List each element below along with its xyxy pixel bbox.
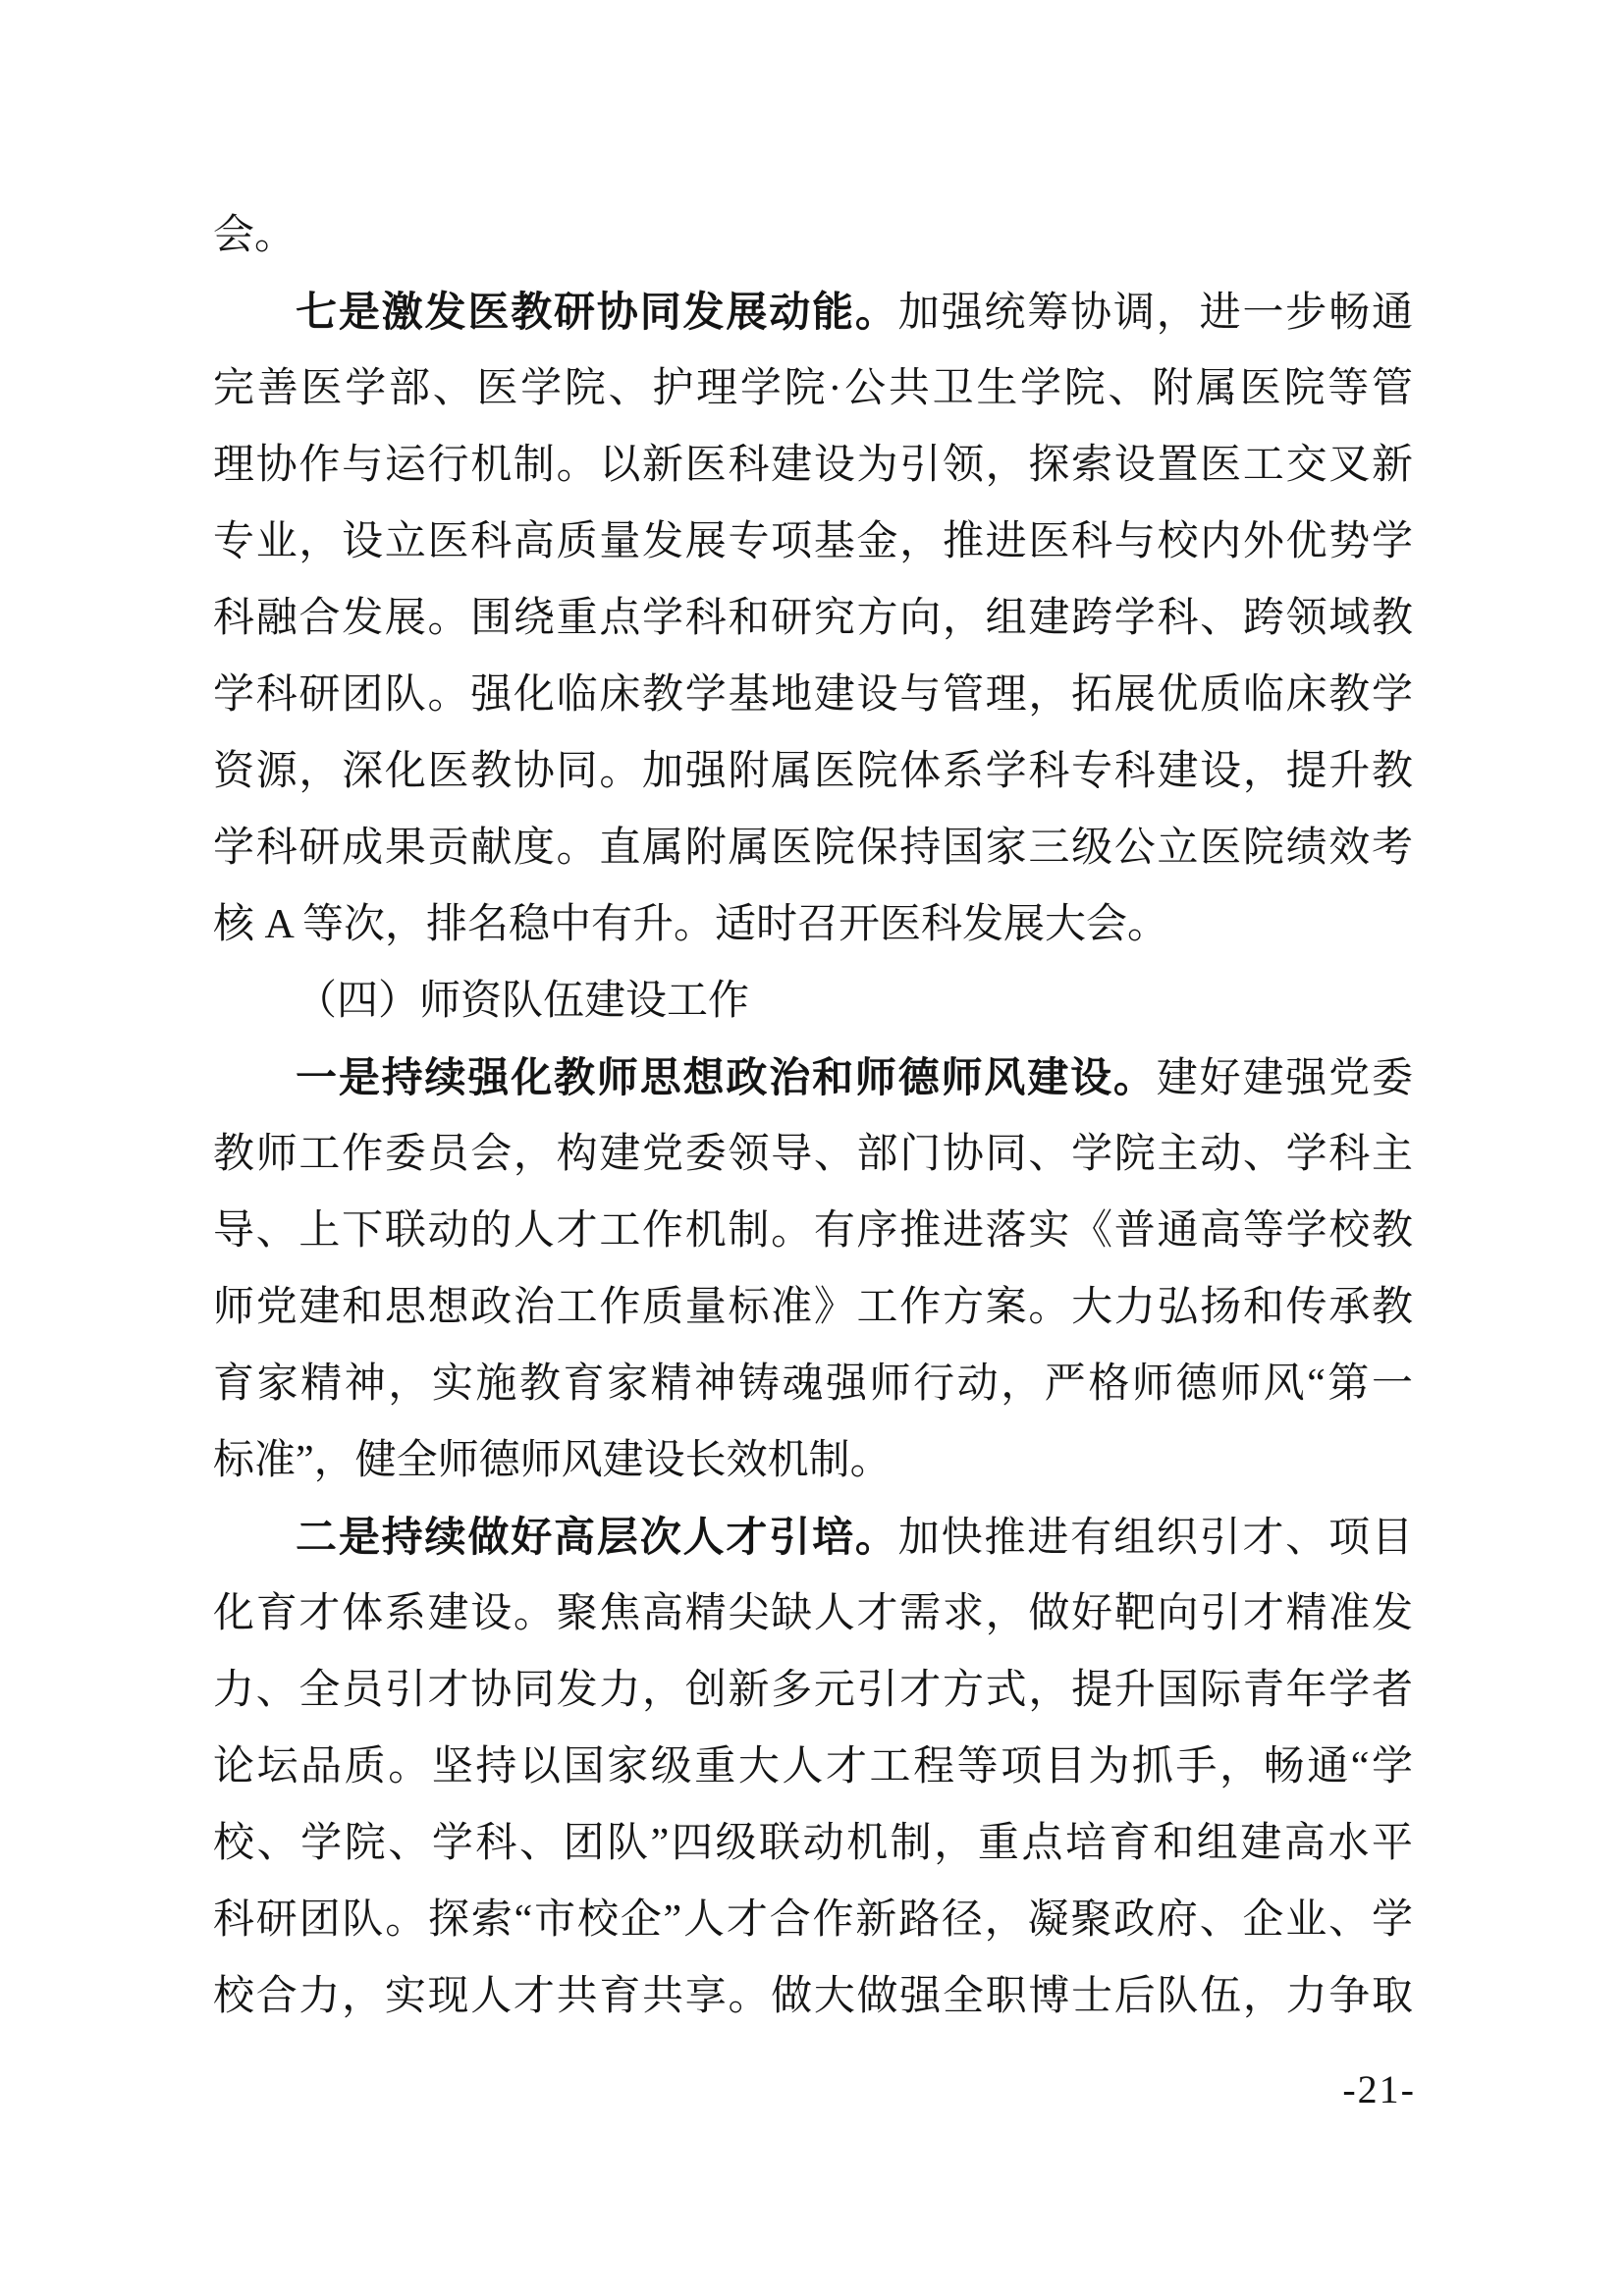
- text-run: 师党建和思想政治工作质量标准》工作方案。大力弘扬和传承教: [213, 1285, 1413, 1330]
- text-line: 力、全员引才协同发力，创新多元引才方式，提升国际青年学者: [213, 1652, 1413, 1729]
- text-line: 标准”，健全师德师风建设长效机制。: [213, 1422, 1413, 1499]
- text-run: 完善医学部、医学院、护理学院·公共卫生学院、附属医院等管: [213, 366, 1413, 411]
- document-body: 会。七是激发医教研协同发展动能。加强统筹协调，进一步畅通完善医学部、医学院、护理…: [213, 197, 1413, 2035]
- text-line: 化育才体系建设。聚焦高精尖缺人才需求，做好靶向引才精准发: [213, 1575, 1413, 1652]
- text-line: 二是持续做好高层次人才引培。加快推进有组织引才、项目: [213, 1499, 1413, 1575]
- text-line: 论坛品质。坚持以国家级重大人才工程等项目为抓手，畅通“学: [213, 1729, 1413, 1805]
- text-line: 专业，设立医科高质量发展专项基金，推进医科与校内外优势学: [213, 504, 1413, 580]
- text-line: （四）师资队伍建设工作: [213, 963, 1413, 1040]
- text-line: 资源，深化医教协同。加强附属医院体系学科专科建设，提升教: [213, 733, 1413, 810]
- text-run: 论坛品质。坚持以国家级重大人才工程等项目为抓手，畅通“学: [213, 1744, 1413, 1789]
- text-run: （四）师资队伍建设工作: [296, 979, 749, 1024]
- text-line: 育家精神，实施教育家精神铸魂强师行动，严格师德师风“第一: [213, 1346, 1413, 1422]
- text-run: 加快推进有组织引才、项目: [898, 1516, 1413, 1561]
- text-run: 核 A 等次，排名稳中有升。适时召开医科发展大会。: [213, 902, 1168, 947]
- heading-run: 七是激发医教研协同发展动能。: [296, 289, 898, 335]
- text-run: 校、学院、学科、团队”四级联动机制，重点培育和组建高水平: [213, 1821, 1413, 1866]
- text-run: 学科研团队。强化临床教学基地建设与管理，拓展优质临床教学: [213, 672, 1413, 718]
- text-run: 专业，设立医科高质量发展专项基金，推进医科与校内外优势学: [213, 519, 1413, 564]
- text-line: 一是持续强化教师思想政治和师德师风建设。建好建强党委: [213, 1040, 1413, 1116]
- text-line: 学科研成果贡献度。直属附属医院保持国家三级公立医院绩效考: [213, 810, 1413, 886]
- text-run: 加强统筹协调，进一步畅通: [898, 291, 1413, 336]
- text-line: 核 A 等次，排名稳中有升。适时召开医科发展大会。: [213, 886, 1413, 963]
- text-run: 资源，深化医教协同。加强附属医院体系学科专科建设，提升教: [213, 749, 1413, 794]
- text-line: 师党建和思想政治工作质量标准》工作方案。大力弘扬和传承教: [213, 1269, 1413, 1346]
- text-run: 标准”，健全师德师风建设长效机制。: [213, 1438, 892, 1483]
- text-run: 教师工作委员会，构建党委领导、部门协同、学院主动、学科主: [213, 1132, 1413, 1177]
- text-run: 会。: [213, 213, 296, 258]
- text-line: 七是激发医教研协同发展动能。加强统筹协调，进一步畅通: [213, 274, 1413, 350]
- text-line: 校、学院、学科、团队”四级联动机制，重点培育和组建高水平: [213, 1805, 1413, 1882]
- heading-run: 二是持续做好高层次人才引培。: [296, 1514, 898, 1560]
- text-line: 学科研团队。强化临床教学基地建设与管理，拓展优质临床教学: [213, 657, 1413, 733]
- text-line: 完善医学部、医学院、护理学院·公共卫生学院、附属医院等管: [213, 350, 1413, 427]
- text-run: 科研团队。探索“市校企”人才合作新路径，凝聚政府、企业、学: [213, 1897, 1413, 1943]
- text-run: 育家精神，实施教育家精神铸魂强师行动，严格师德师风“第一: [213, 1362, 1413, 1407]
- text-run: 理协作与运行机制。以新医科建设为引领，探索设置医工交叉新: [213, 443, 1413, 488]
- text-run: 力、全员引才协同发力，创新多元引才方式，提升国际青年学者: [213, 1668, 1413, 1713]
- text-line: 会。: [213, 197, 1413, 274]
- text-run: 建好建强党委: [1157, 1056, 1413, 1101]
- text-run: 校合力，实现人才共育共享。做大做强全职博士后队伍，力争取: [213, 1974, 1413, 2019]
- text-line: 科研团队。探索“市校企”人才合作新路径，凝聚政府、企业、学: [213, 1882, 1413, 1958]
- text-line: 导、上下联动的人才工作机制。有序推进落实《普通高等学校教: [213, 1193, 1413, 1269]
- heading-run: 一是持续强化教师思想政治和师德师风建设。: [296, 1054, 1157, 1100]
- text-line: 理协作与运行机制。以新医科建设为引领，探索设置医工交叉新: [213, 427, 1413, 504]
- page-number: -21-: [1342, 2068, 1416, 2111]
- text-line: 教师工作委员会，构建党委领导、部门协同、学院主动、学科主: [213, 1116, 1413, 1193]
- text-run: 科融合发展。围绕重点学科和研究方向，组建跨学科、跨领域教: [213, 596, 1413, 641]
- document-page: 会。七是激发医教研协同发展动能。加强统筹协调，进一步畅通完善医学部、医学院、护理…: [0, 0, 1624, 2296]
- text-line: 校合力，实现人才共育共享。做大做强全职博士后队伍，力争取: [213, 1958, 1413, 2035]
- text-run: 化育才体系建设。聚焦高精尖缺人才需求，做好靶向引才精准发: [213, 1591, 1413, 1636]
- text-line: 科融合发展。围绕重点学科和研究方向，组建跨学科、跨领域教: [213, 580, 1413, 657]
- text-run: 导、上下联动的人才工作机制。有序推进落实《普通高等学校教: [213, 1208, 1413, 1254]
- text-run: 学科研成果贡献度。直属附属医院保持国家三级公立医院绩效考: [213, 826, 1413, 871]
